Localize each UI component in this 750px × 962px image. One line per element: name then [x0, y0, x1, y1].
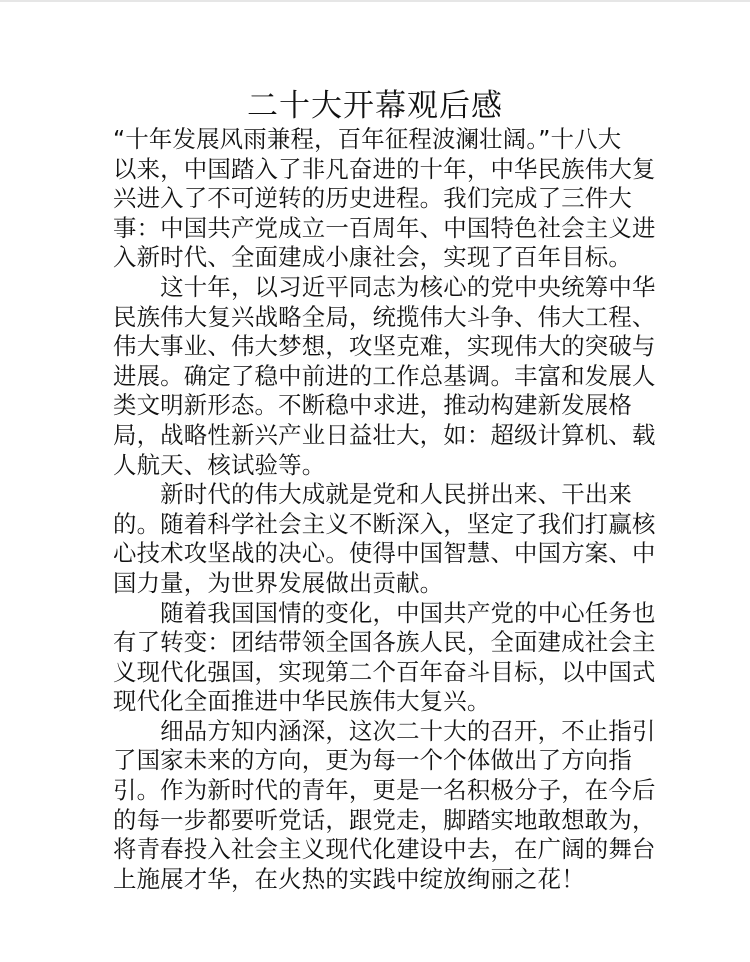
- document-title: 二十大开幕观后感: [113, 88, 637, 124]
- text-line: 事：中国共产党成立一百周年、中国特色社会主义进: [113, 214, 653, 244]
- text-line: 新时代的伟大成就是党和人民拼出来、干出来: [113, 480, 653, 510]
- document-page: 二十大开幕观后感 “十年发展风雨兼程，百年征程波澜壮阔。”十八大 以来，中国踏入…: [113, 88, 653, 894]
- text-line: 了国家未来的方向，更为每一个个体做出了方向指: [113, 746, 653, 776]
- text-line: “十年发展风雨兼程，百年征程波澜壮阔。”十八大: [113, 125, 653, 155]
- text-line: 细品方知内涵深，这次二十大的召开，不止指引: [113, 717, 653, 747]
- text-line: 心技术攻坚战的决心。使得中国智慧、中国方案、中: [113, 539, 653, 569]
- text-line: 以来，中国踏入了非凡奋进的十年，中华民族伟大复: [113, 155, 653, 185]
- text-line: 引。作为新时代的青年，更是一名积极分子，在今后: [113, 776, 653, 806]
- text-line: 随着我国国情的变化，中国共产党的中心任务也: [113, 599, 653, 629]
- text-line: 入新时代、全面建成小康社会，实现了百年目标。: [113, 243, 653, 273]
- text-line: 民族伟大复兴战略全局，统揽伟大斗争、伟大工程、: [113, 303, 653, 333]
- text-line: 义现代化强国，实现第二个百年奋斗目标，以中国式: [113, 658, 653, 688]
- paragraph-3: 新时代的伟大成就是党和人民拼出来、干出来 的。随着科学社会主义不断深入，坚定了我…: [113, 480, 653, 598]
- text-line: 类文明新形态。不断稳中求进，推动构建新发展格: [113, 391, 653, 421]
- text-line: 将青春投入社会主义现代化建设中去，在广阔的舞台: [113, 835, 653, 865]
- text-line: 兴进入了不可逆转的历史进程。我们完成了三件大: [113, 184, 653, 214]
- text-line: 的每一步都要听党话，跟党走，脚踏实地敢想敢为，: [113, 806, 653, 836]
- text-line: 伟大事业、伟大梦想，攻坚克难，实现伟大的突破与: [113, 332, 653, 362]
- text-line: 国力量，为世界发展做出贡献。: [113, 569, 653, 599]
- text-line: 这十年，以习近平同志为核心的党中央统筹中华: [113, 273, 653, 303]
- top-border: [0, 0, 750, 2]
- paragraph-2: 这十年，以习近平同志为核心的党中央统筹中华 民族伟大复兴战略全局，统揽伟大斗争、…: [113, 273, 653, 480]
- text-line: 有了转变：团结带领全国各族人民，全面建成社会主: [113, 628, 653, 658]
- paragraph-5: 细品方知内涵深，这次二十大的召开，不止指引 了国家未来的方向，更为每一个个体做出…: [113, 717, 653, 895]
- paragraph-1: “十年发展风雨兼程，百年征程波澜壮阔。”十八大 以来，中国踏入了非凡奋进的十年，…: [113, 125, 653, 273]
- text-line: 进展。确定了稳中前进的工作总基调。丰富和发展人: [113, 362, 653, 392]
- text-line: 现代化全面推进中华民族伟大复兴。: [113, 687, 653, 717]
- text-line: 上施展才华，在火热的实践中绽放绚丽之花！: [113, 865, 653, 895]
- text-line: 人航天、核试验等。: [113, 451, 653, 481]
- text-line: 局，战略性新兴产业日益壮大，如：超级计算机、载: [113, 421, 653, 451]
- text-line: 的。随着科学社会主义不断深入，坚定了我们打赢核: [113, 510, 653, 540]
- paragraph-4: 随着我国国情的变化，中国共产党的中心任务也 有了转变：团结带领全国各族人民，全面…: [113, 599, 653, 717]
